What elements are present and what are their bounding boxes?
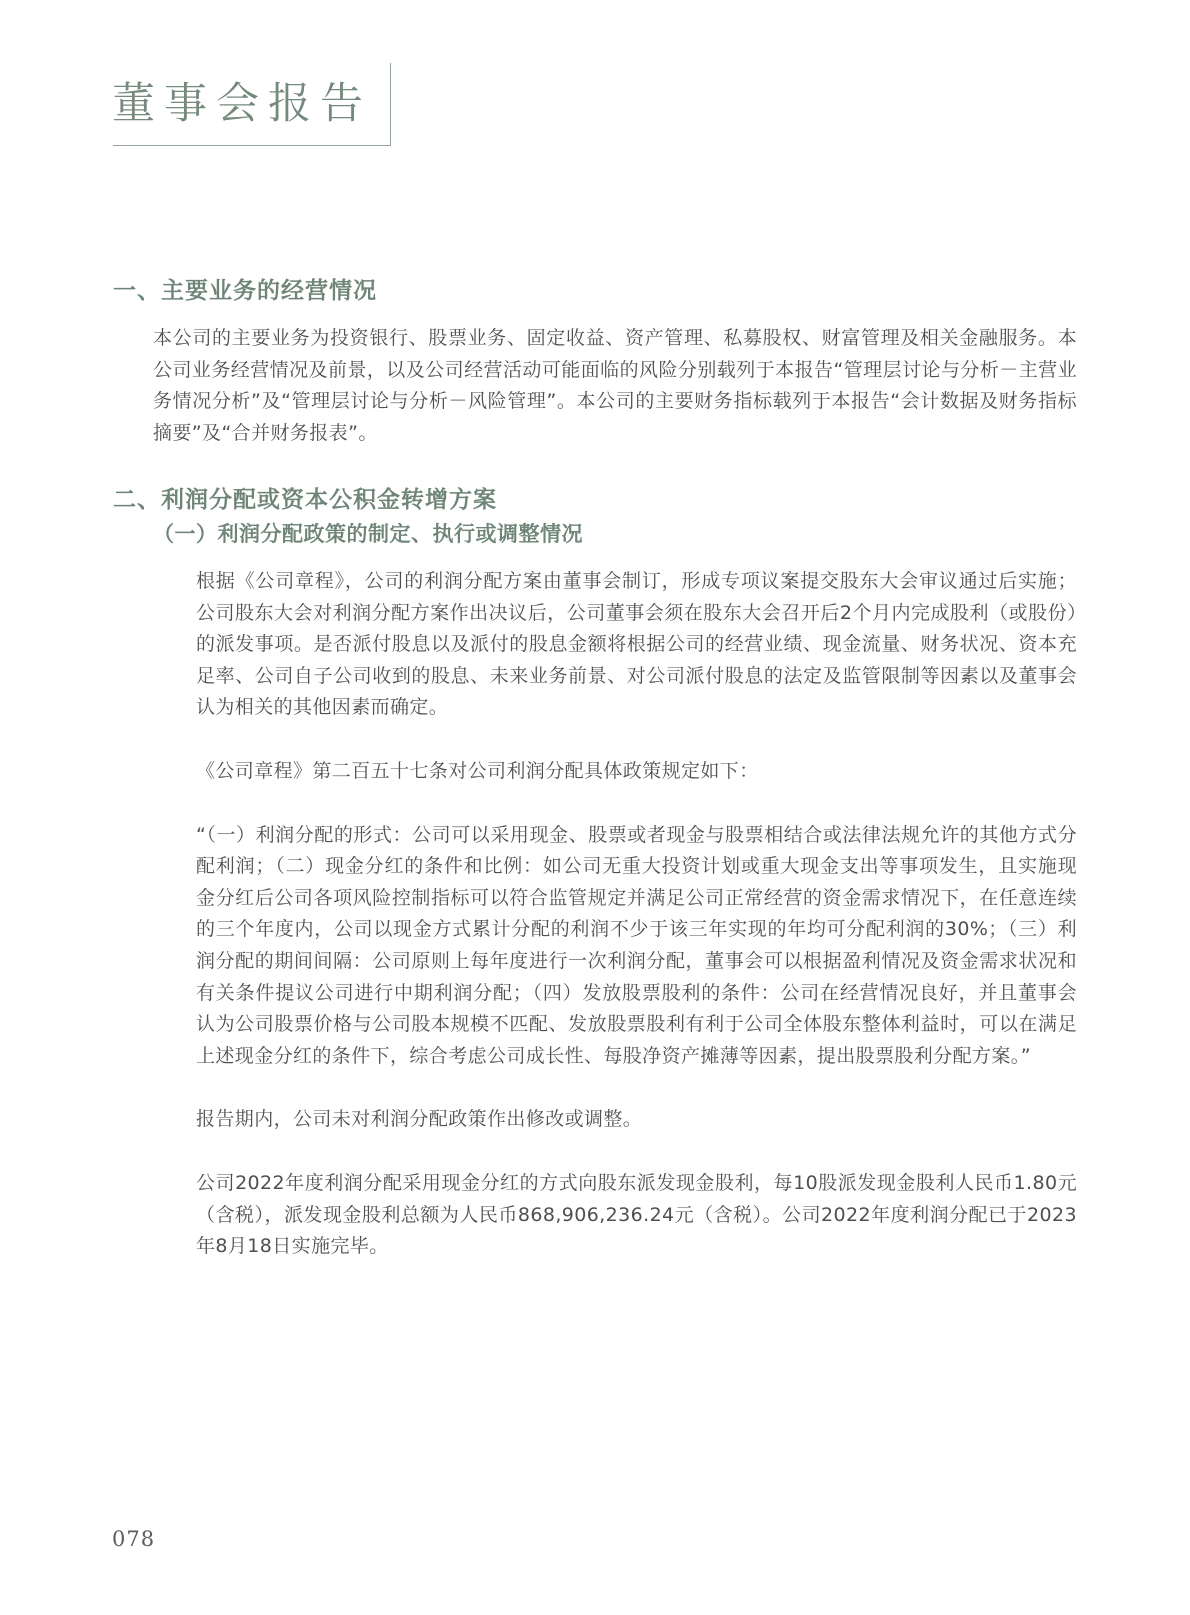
paragraph-2022-dividend: 公司2022年度利润分配采用现金分红的方式向股东派发现金股利，每10股派发现金股… [196, 1168, 1077, 1263]
section-1-paragraph: 本公司的主要业务为投资银行、股票业务、固定收益、资产管理、私募股权、财富管理及相… [153, 323, 1077, 449]
subsection-2-1-heading: （一）利润分配政策的制定、执行或调整情况 [153, 518, 583, 548]
section-2-heading: 二、利润分配或资本公积金转增方案 [113, 481, 497, 514]
paragraph-articles-intro: 《公司章程》第二百五十七条对公司利润分配具体政策规定如下： [196, 756, 1077, 788]
paragraph-dividend-policy: 根据《公司章程》，公司的利润分配方案由董事会制订，形成专项议案提交股东大会审议通… [196, 566, 1077, 724]
header-underline [113, 145, 391, 146]
page-number: 078 [112, 1527, 155, 1551]
header-vertical-divider [390, 63, 391, 146]
section-1-heading: 一、主要业务的经营情况 [113, 272, 377, 305]
paragraph-no-changes: 报告期内，公司未对利润分配政策作出修改或调整。 [196, 1104, 1077, 1136]
subsection-2-1-body: 根据《公司章程》，公司的利润分配方案由董事会制订，形成专项议案提交股东大会审议通… [196, 566, 1077, 1295]
paragraph-policy-details: “（一）利润分配的形式：公司可以采用现金、股票或者现金与股票相结合或法律法规允许… [196, 820, 1077, 1073]
page-title: 董事会报告 [112, 70, 372, 131]
